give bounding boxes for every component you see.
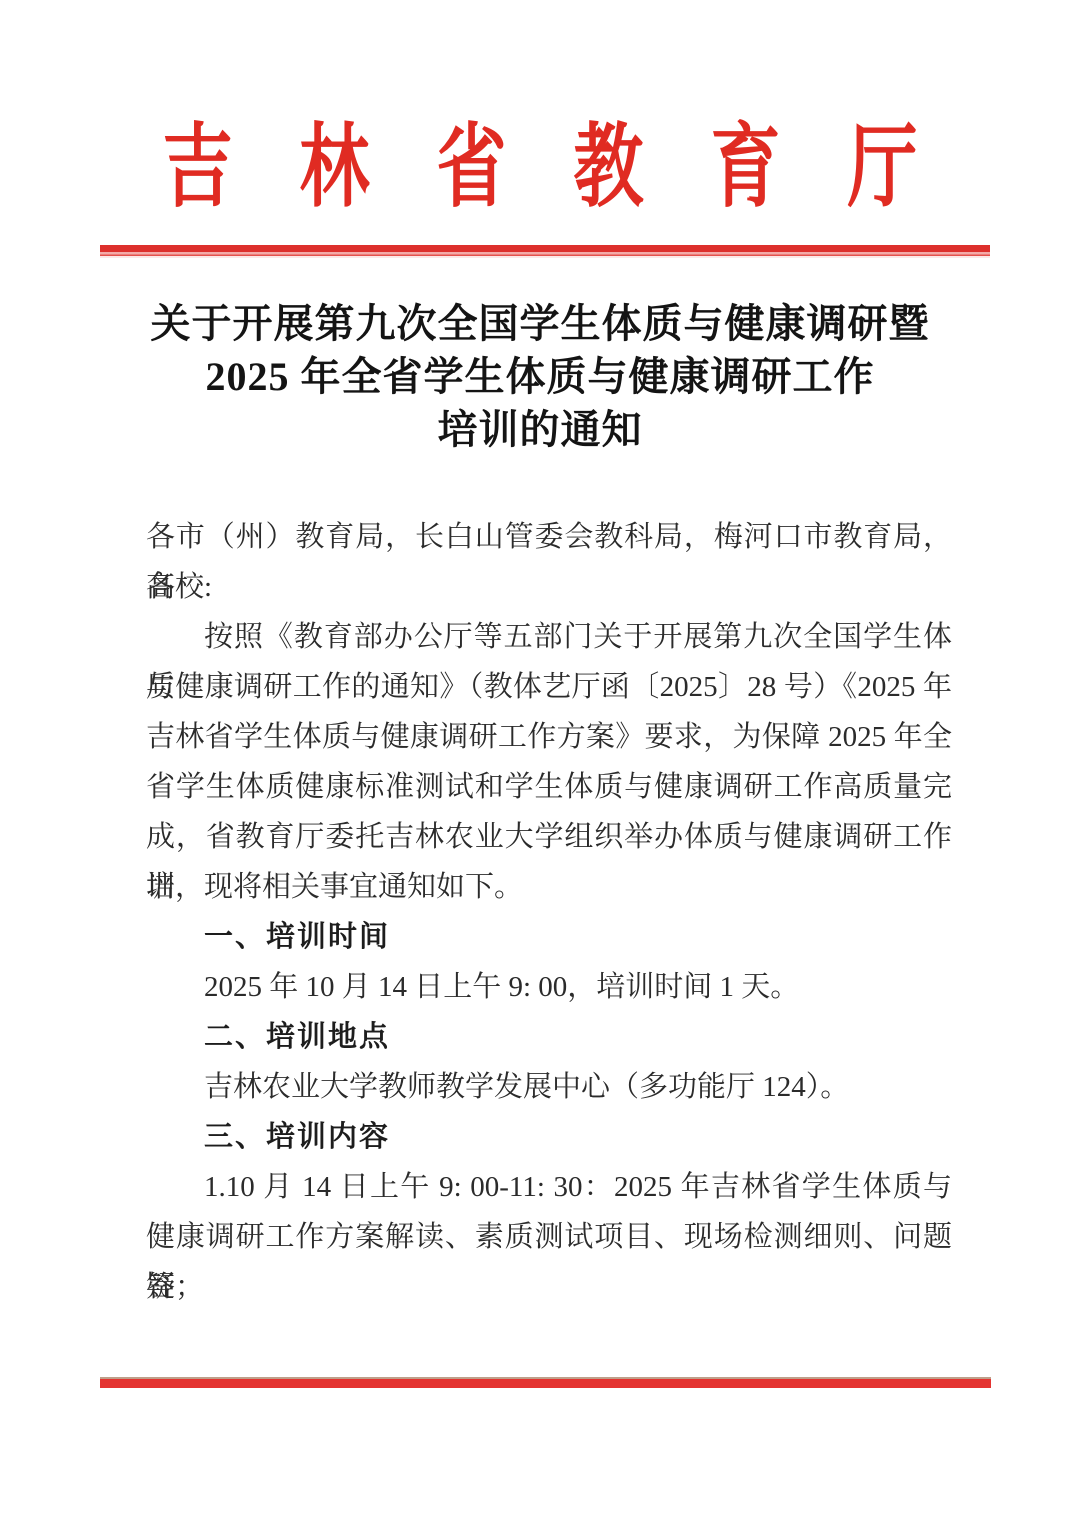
document-body: 各市（州）教育局，长白山管委会教科局，梅河口市教育局，各 高校: 按照《教育部办… (146, 512, 952, 1312)
training-content-line-3: 疑； (146, 1262, 952, 1312)
training-time-text: 2025 年 10 月 14 日上午 9: 00，培训时间 1 天。 (146, 962, 952, 1012)
intro-paragraph-line-5: 成，省教育厅委托吉林农业大学组织举办体质与健康调研工作培 (146, 812, 952, 862)
document-title: 关于开展第九次全国学生体质与健康调研暨 2025 年全省学生体质与健康调研工作 … (0, 297, 1080, 456)
document-title-line-1: 关于开展第九次全国学生体质与健康调研暨 (0, 297, 1080, 350)
section-heading-training-location: 二、培训地点 (146, 1012, 952, 1062)
recipients-line-2: 高校: (146, 562, 952, 612)
recipients-line-1: 各市（州）教育局，长白山管委会教科局，梅河口市教育局，各 (146, 512, 952, 562)
letterhead-agency-name: 吉林省教育厅 (0, 124, 1080, 215)
training-content-line-1: 1.10 月 14 日上午 9: 00-11: 30：2025 年吉林省学生体质… (146, 1162, 952, 1212)
training-content-line-2: 健康调研工作方案解读、素质测试项目、现场检测细则、问题答 (146, 1212, 952, 1262)
footer-divider-line (100, 1377, 991, 1388)
intro-paragraph-line-4: 省学生体质健康标准测试和学生体质与健康调研工作高质量完 (146, 762, 952, 812)
intro-paragraph-line-1: 按照《教育部办公厅等五部门关于开展第九次全国学生体质 (146, 612, 952, 662)
intro-paragraph-line-6: 训，现将相关事宜通知如下。 (146, 862, 952, 912)
document-title-line-2: 2025 年全省学生体质与健康调研工作 (0, 350, 1080, 403)
training-location-text: 吉林农业大学教师教学发展中心（多功能厅 124）。 (146, 1062, 952, 1112)
intro-paragraph-line-3: 吉林省学生体质与健康调研工作方案》要求，为保障 2025 年全 (146, 712, 952, 762)
section-heading-training-time: 一、培训时间 (146, 912, 952, 962)
document-page: 吉林省教育厅 关于开展第九次全国学生体质与健康调研暨 2025 年全省学生体质与… (0, 0, 1080, 1526)
intro-paragraph-line-2: 与健康调研工作的通知》（教体艺厅函〔2025〕28 号）《2025 年 (146, 662, 952, 712)
header-divider-line (100, 245, 990, 258)
document-title-line-3: 培训的通知 (0, 403, 1080, 456)
section-heading-training-content: 三、培训内容 (146, 1112, 952, 1162)
